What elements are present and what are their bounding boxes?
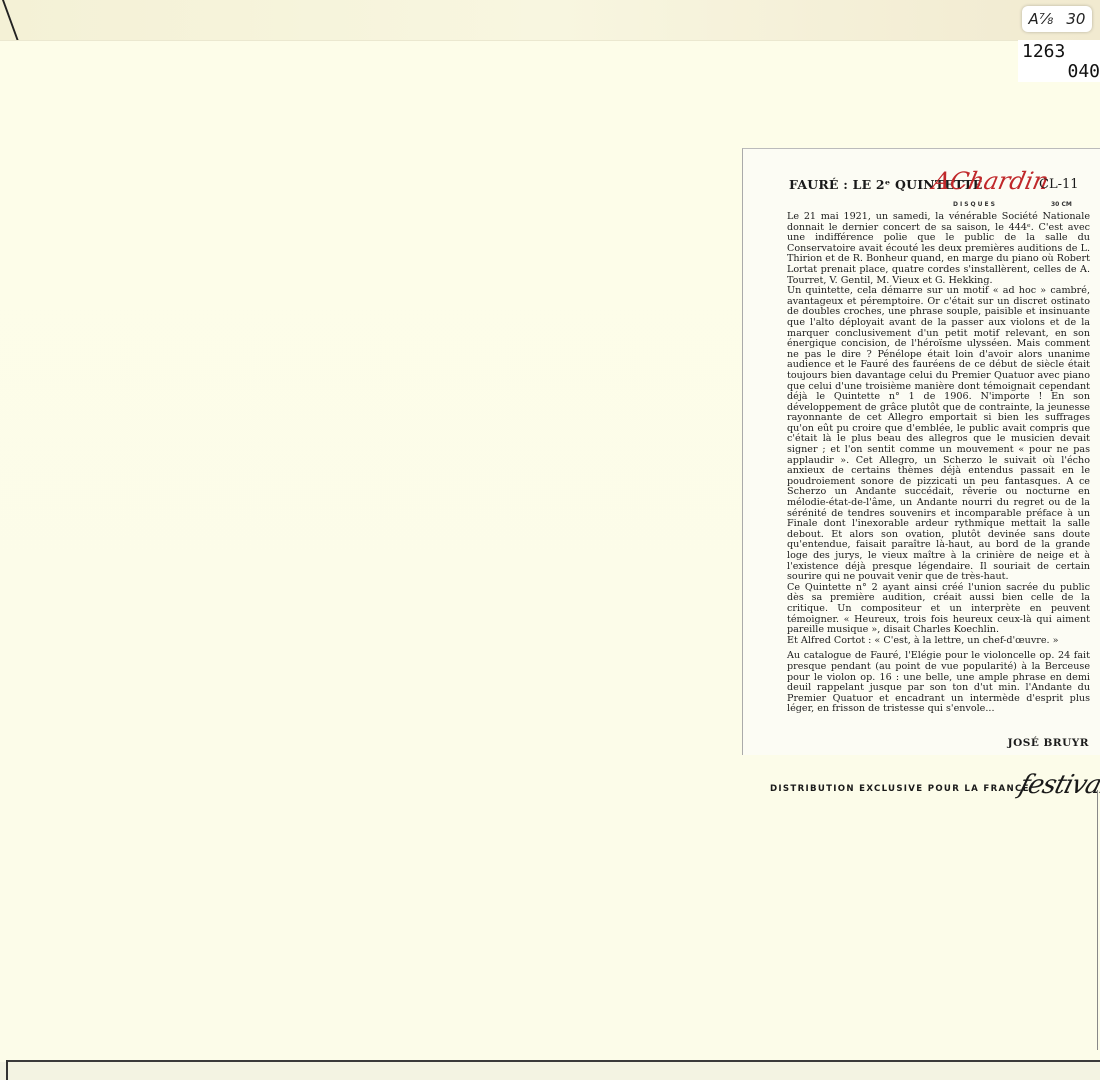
distribution-text: DISTRIBUTION EXCLUSIVE POUR LA FRANCE	[770, 784, 1030, 794]
label-logo-subtitle: DISQUES	[953, 201, 997, 208]
catalog-code-label: 1263 040	[1018, 40, 1100, 82]
sleeve-top-band	[0, 0, 1100, 41]
sticker-code: A⅞	[1029, 10, 1054, 28]
sleeve-bottom-edge	[8, 1060, 1100, 1062]
notes-paragraph: Le 21 mai 1921, un samedi, la vénérable …	[787, 212, 1090, 286]
notes-author: JOSÉ BRUYR	[1008, 737, 1089, 749]
liner-notes-header: FAURÉ : LE 2ᵉ QUINTETTE AChardin DISQUES…	[789, 173, 1089, 203]
sleeve-bottom-strip	[0, 1062, 1100, 1080]
catalog-code-line2: 040	[1067, 62, 1100, 82]
chardin-label-logo: AChardin	[930, 167, 1051, 195]
catalog-code-line1: 1263	[1022, 42, 1065, 62]
disc-size: 30 CM	[1051, 201, 1072, 208]
sleeve-right-edge	[1097, 790, 1098, 1050]
notes-paragraph: Un quintette, cela démarre sur un motif …	[787, 286, 1090, 583]
notes-paragraph: Au catalogue de Fauré, l'Elégie pour le …	[787, 651, 1090, 715]
notes-paragraph: Et Alfred Cortot : « C'est, à la lettre,…	[787, 636, 1090, 647]
catalog-number: CL-11	[1039, 177, 1079, 192]
sticker-number: 30	[1066, 10, 1085, 28]
price-sticker: A⅞ 30	[1022, 6, 1092, 32]
liner-notes-body: Le 21 mai 1921, un samedi, la vénérable …	[787, 212, 1090, 715]
liner-notes-panel: FAURÉ : LE 2ᵉ QUINTETTE AChardin DISQUES…	[742, 148, 1100, 755]
festival-logo: festival	[1016, 770, 1100, 800]
sleeve-bottom-corner	[6, 1060, 8, 1080]
record-sleeve: A⅞ 30 1263 040 FAURÉ : LE 2ᵉ QUINTETTE A…	[0, 0, 1100, 1080]
notes-paragraph: Ce Quintette n° 2 ayant ainsi créé l'uni…	[787, 583, 1090, 636]
